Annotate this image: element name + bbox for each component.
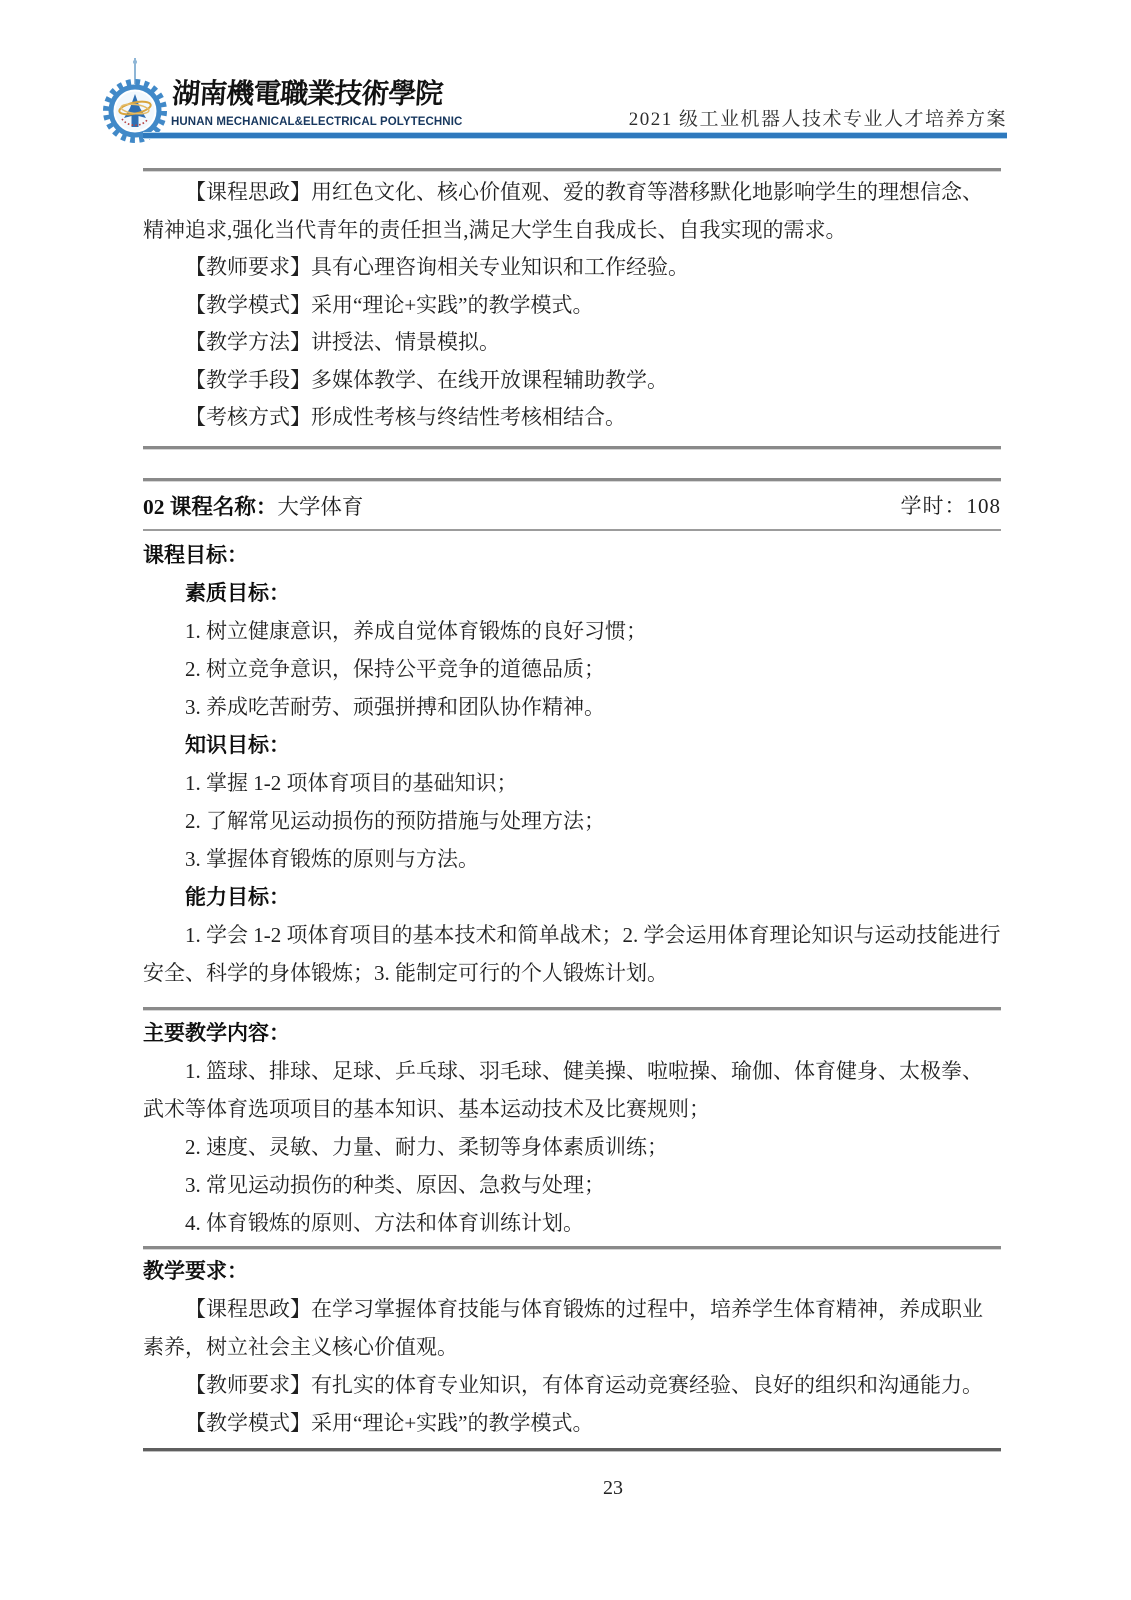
- assessment-item: 【考核方式】形成性考核与终结性考核相结合。: [143, 399, 1001, 437]
- teaching-means-item: 【教学手段】多媒体教学、在线开放课程辅助教学。: [143, 362, 1001, 400]
- quality-objectives-title: 素质目标：: [143, 574, 1001, 612]
- teaching-requirements-section: 教学要求： 【课程思政】在学习掌握体育技能与体育锻炼的过程中，培养学生体育精神，…: [143, 1252, 1001, 1442]
- divider: [143, 1007, 1001, 1010]
- teaching-content-section: 主要教学内容： 1. 篮球、排球、足球、乒乓球、羽毛球、健美操、啦啦操、瑜伽、体…: [143, 1014, 1001, 1242]
- doc-title: 2021 级工业机器人技术专业人才培养方案: [629, 104, 1007, 131]
- requirements-item: 【教师要求】有扎实的体育专业知识，有体育运动竞赛经验、良好的组织和沟通能力。: [143, 1366, 1001, 1404]
- ability-paragraph: 1. 学会 1-2 项体育项目的基本技术和简单战术；2. 学会运用体育理论知识与…: [143, 916, 1001, 992]
- quality-item: 2. 树立竞争意识，保持公平竞争的道德品质；: [143, 650, 1001, 688]
- header-rule: [143, 132, 1007, 139]
- objectives-title: 课程目标：: [143, 536, 1001, 574]
- content-item: 2. 速度、灵敏、力量、耐力、柔韧等身体素质训练；: [143, 1128, 1001, 1166]
- course-header-row: 02 课程名称：大学体育 学时：108: [143, 481, 1001, 529]
- school-name-block: 湖南機電職業技術學院 HUNAN MECHANICAL&ELECTRICAL P…: [171, 72, 491, 128]
- school-logo: [101, 56, 167, 144]
- page-number: 23: [595, 1477, 631, 1500]
- requirements-title: 教学要求：: [143, 1252, 1001, 1290]
- course-objectives-section: 课程目标： 素质目标： 1. 树立健康意识，养成自觉体育锻炼的良好习惯； 2. …: [143, 536, 1001, 992]
- school-name-en: HUNAN MECHANICAL&ELECTRICAL POLYTECHNIC: [171, 116, 491, 128]
- divider-thin: [143, 529, 1001, 531]
- course-name-value: 大学体育: [277, 495, 363, 519]
- footer-rule: [143, 1448, 1001, 1451]
- requirements-item: 【教学模式】采用“理论+实践”的教学模式。: [143, 1404, 1001, 1442]
- course01-tail-section: 【课程思政】用红色文化、核心价值观、爱的教育等潜移默化地影响学生的理想信念、精神…: [143, 174, 1001, 437]
- teaching-method-item: 【教学方法】讲授法、情景模拟。: [143, 324, 1001, 362]
- teaching-mode-item: 【教学模式】采用“理论+实践”的教学模式。: [143, 287, 1001, 325]
- quality-item: 1. 树立健康意识，养成自觉体育锻炼的良好习惯；: [143, 612, 1001, 650]
- hours-label: 学时：: [901, 494, 967, 518]
- knowledge-item: 1. 掌握 1-2 项体育项目的基础知识；: [143, 764, 1001, 802]
- course-hours: 学时：108: [901, 490, 1002, 520]
- ability-objectives-title: 能力目标：: [143, 878, 1001, 916]
- knowledge-item: 3. 掌握体育锻炼的原则与方法。: [143, 840, 1001, 878]
- quality-item: 3. 养成吃苦耐劳、顽强拼搏和团队协作精神。: [143, 688, 1001, 726]
- school-name-cn: 湖南機電職業技術學院: [171, 72, 494, 112]
- content-title: 主要教学内容：: [143, 1014, 1001, 1052]
- content-paragraph: 1. 篮球、排球、足球、乒乓球、羽毛球、健美操、啦啦操、瑜伽、体育健身、太极拳、…: [143, 1052, 1001, 1128]
- requirements-ideology-paragraph: 【课程思政】在学习掌握体育技能与体育锻炼的过程中，培养学生体育精神，养成职业素养…: [143, 1290, 1001, 1366]
- gear-emblem-icon: [101, 56, 167, 144]
- knowledge-objectives-title: 知识目标：: [143, 726, 1001, 764]
- hours-value: 108: [967, 494, 1002, 518]
- course-number-label: 02 课程名称：: [143, 495, 277, 519]
- divider: [143, 168, 1001, 171]
- knowledge-item: 2. 了解常见运动损伤的预防措施与处理方法；: [143, 802, 1001, 840]
- ideology-paragraph: 【课程思政】用红色文化、核心价值观、爱的教育等潜移默化地影响学生的理想信念、精神…: [143, 174, 1001, 249]
- content-item: 3. 常见运动损伤的种类、原因、急救与处理；: [143, 1166, 1001, 1204]
- teacher-requirement-item: 【教师要求】具有心理咨询相关专业知识和工作经验。: [143, 249, 1001, 287]
- divider: [143, 1246, 1001, 1249]
- document-page: 湖南機電職業技術學院 HUNAN MECHANICAL&ELECTRICAL P…: [0, 0, 1131, 1600]
- content-item: 4. 体育锻炼的原则、方法和体育训练计划。: [143, 1204, 1001, 1242]
- divider: [143, 446, 1001, 449]
- course-name: 02 课程名称：大学体育: [143, 490, 363, 521]
